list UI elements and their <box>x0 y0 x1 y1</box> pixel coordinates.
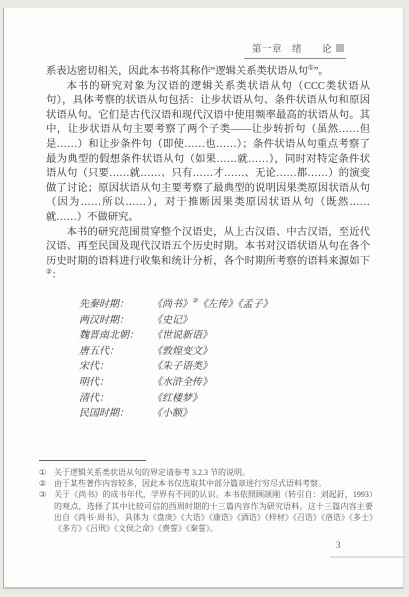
chapter-title: 第一章 绪 论 <box>252 41 332 55</box>
corpus-works: 《尚书》③《左传》《孟子》 <box>152 297 273 313</box>
running-header: 第一章 绪 论 <box>244 41 346 59</box>
corpus-period: 先秦时期： <box>79 297 152 313</box>
corpus-period: 两汉时期： <box>79 313 152 329</box>
footnote-marker: ③ <box>39 489 54 534</box>
corpus-works: 《世说新语》 <box>152 328 212 344</box>
scanned-page-background: 第一章 绪 论 系表达密切相关，因此本书将其称作“逻辑关系类状语从句①”。本书的… <box>0 0 409 597</box>
footnote-text: 关于逻辑关系类状语从句的界定请参考 3.2.3 节的说明。 <box>54 467 373 478</box>
corpus-period: 清代： <box>79 391 152 407</box>
corpus-row: 先秦时期：《尚书》③《左传》《孟子》 <box>79 297 273 313</box>
corpus-period: 明代： <box>79 375 152 391</box>
book-page: 第一章 绪 论 系表达密切相关，因此本书将其称作“逻辑关系类状语从句①”。本书的… <box>3 8 404 589</box>
footnote: ①关于逻辑关系类状语从句的界定请参考 3.2.3 节的说明。 <box>39 467 373 478</box>
corpus-row: 清代：《红楼梦》 <box>79 391 273 407</box>
footnote-separator <box>39 460 146 461</box>
corpus-row: 民国时期：《小额》 <box>79 406 273 422</box>
corpus-works: 《小额》 <box>152 406 192 422</box>
corpus-works: 《史记》 <box>152 313 192 329</box>
corpus-list: 先秦时期：《尚书》③《左传》《孟子》两汉时期：《史记》魏晋南北朝：《世说新语》唐… <box>79 297 273 422</box>
footnote: ③关于《尚书》的成书年代，学界有不同的认识。本书依照顾颉刚（转引自：刘起釪，19… <box>39 489 373 534</box>
corpus-works: 《朱子语类》 <box>152 359 212 375</box>
corpus-period: 魏晋南北朝： <box>79 328 152 344</box>
footer-rule <box>330 556 406 558</box>
page-number: 3 <box>336 540 341 550</box>
corpus-row: 宋代：《朱子语类》 <box>79 359 273 375</box>
footnote-marker: ② <box>39 478 54 489</box>
corpus-period: 唐五代： <box>79 344 152 360</box>
header-square-ornament <box>336 44 344 52</box>
corpus-period: 宋代： <box>79 359 152 375</box>
body-text: 系表达密切相关，因此本书将其称作“逻辑关系类状语从句①”。本书的研究对象为汉语的… <box>46 65 370 284</box>
corpus-works: 《敦煌变文》 <box>152 344 212 360</box>
corpus-works: 《红楼梦》 <box>152 391 202 407</box>
corpus-period: 民国时期： <box>79 406 152 422</box>
corpus-row: 魏晋南北朝：《世说新语》 <box>79 328 273 344</box>
corpus-works: 《水浒全传》 <box>152 375 212 391</box>
footnote-marker: ① <box>39 467 54 478</box>
footnote: ②由于某些著作内容较多，因此本书仅选取其中部分篇章进行穷尽式语料考察。 <box>39 478 373 489</box>
paragraph: 系表达密切相关，因此本书将其称作“逻辑关系类状语从句①”。 <box>46 65 370 80</box>
corpus-row: 唐五代：《敦煌变文》 <box>79 344 273 360</box>
corpus-row: 两汉时期：《史记》 <box>79 313 273 329</box>
paragraph: 本书的研究范围贯穿整个汉语史，从上古汉语、中古汉语，至近代汉语、再至民国及现代汉… <box>46 226 370 284</box>
corpus-row: 明代：《水浒全传》 <box>79 375 273 391</box>
footnote-text: 关于《尚书》的成书年代，学界有不同的认识。本书依照顾颉刚（转引自：刘起釪，199… <box>54 489 373 534</box>
footnote-text: 由于某些著作内容较多，因此本书仅选取其中部分篇章进行穷尽式语料考察。 <box>54 478 373 489</box>
footnotes: ①关于逻辑关系类状语从句的界定请参考 3.2.3 节的说明。②由于某些著作内容较… <box>39 467 373 534</box>
paragraph: 本书的研究对象为汉语的逻辑关系类状语从句（CCC类状语从句），具体考察的状语从句… <box>46 80 370 226</box>
